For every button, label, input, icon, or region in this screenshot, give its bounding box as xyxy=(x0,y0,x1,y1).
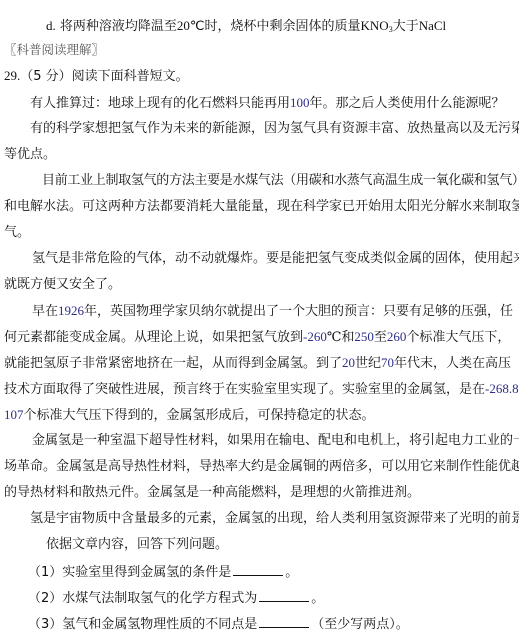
sub-question-text: 实验室里得到金属氢的条件是 xyxy=(62,565,231,580)
sub-question-number: （3） xyxy=(28,617,62,632)
article-p2-line2: 等优点。 xyxy=(4,147,56,163)
article-p6-line1: 金属氢是一种室温下超导性材料，如果用在输电、配电和电机上，将引起电力工业的一 xyxy=(32,433,519,449)
article-p5-line2: 何元素都能变成金属。从理论上说，如果把氢气放到-260℃和250至260个标准大… xyxy=(4,329,510,346)
text: 个标准大气压下， xyxy=(406,330,510,345)
article-p3-line3: 气。 xyxy=(4,225,30,241)
sub-question-text: 水煤气法制取氢气的化学方程式为 xyxy=(62,591,257,606)
article-p5-line4: 技术方面取得了突破性进展，预言终于在实验室里实现了。实验室里的金属氢，是在-26… xyxy=(4,381,519,398)
formula-nacl: NaCl xyxy=(419,18,446,33)
question-header: 29.（5 分）阅读下面科普短文。 xyxy=(4,68,189,85)
number: 260 xyxy=(387,329,407,344)
option-text: 大于 xyxy=(393,19,419,34)
text: 技术方面取得了突破性进展，预言终于在实验室里实现了。实验室里的金属氢，是在 xyxy=(4,382,485,397)
answer-blank[interactable] xyxy=(233,563,283,576)
article-p5-line5: 107个标准大气压下得到的，金属氢形成后，可保持稳定的状态。 xyxy=(4,407,375,424)
article-p4-line2: 就既方便又安全了。 xyxy=(4,277,121,293)
sub-question-end: 。 xyxy=(285,565,298,580)
text: 就能把氢原子非常紧密地挤在一起，从而得到金属氢。到了 xyxy=(4,356,342,371)
question-points: （5 分） xyxy=(20,69,71,84)
article-p1: 有人推算过：地球上现有的化石燃料只能再用100年。那之后人类使用什么能源呢？ xyxy=(30,95,505,112)
text: 世纪 xyxy=(355,356,381,371)
article-p5-line1: 早在1926年，英国物理学家贝纳尔就提出了一个大胆的预言：只要有足够的压强，任 xyxy=(32,303,513,320)
article-p4-line1: 氢气是非常危险的气体，动不动就爆炸。要是能把氢气变成类似金属的固体，使用起来 xyxy=(32,251,519,267)
text: 个标准大气压下得到的，金属氢形成后，可保持稳定的状态。 xyxy=(24,408,375,423)
sub-question-3: （3）氢气和金属氢物理性质的不同点是（至少写两点）。 xyxy=(28,615,409,633)
text: 年代末，人类在高压 xyxy=(394,356,511,371)
number: -268.8 xyxy=(485,381,519,396)
answer-prompt: 依据文章内容，回答下列问题。 xyxy=(46,537,228,553)
answer-blank[interactable] xyxy=(259,589,309,602)
article-p6-line3: 的导热材料和散热元件。金属氢是一种高能燃料，是理想的火箭推进剂。 xyxy=(4,485,420,501)
option-label: d. xyxy=(46,18,56,33)
sub-question-number: （2） xyxy=(28,591,62,606)
article-p3-line1: 目前工业上制取氢气的方法主要是水煤气法（用碳和水蒸气高温生成一氧化碳和氢气） xyxy=(42,173,519,189)
section-tag: 〖科普阅读理解〗 xyxy=(4,42,104,58)
text: 至 xyxy=(374,330,387,345)
article-p6-line2: 场革命。金属氢是高导热性材料，导热率大约是金属铜的两倍多，可以用它来制作性能优越 xyxy=(4,459,519,475)
number: 20 xyxy=(342,355,355,370)
question-number: 29. xyxy=(4,68,20,83)
temperature: 20℃ xyxy=(177,18,205,33)
formula-kno3: KNO3 xyxy=(361,18,393,33)
sub-question-1: （1）实验室里得到金属氢的条件是。 xyxy=(28,563,298,581)
article-p2-line1: 有的科学家想把氢气作为未来的新能源，因为氢气具有资源丰富、放热量高以及无污染 xyxy=(30,121,519,137)
sub-question-end: 。 xyxy=(311,591,324,606)
text: 有人推算过：地球上现有的化石燃料只能再用 xyxy=(30,96,290,111)
formula-text: KNO xyxy=(361,18,389,33)
text: 何元素都能变成金属。从理论上说，如果把氢气放到 xyxy=(4,330,303,345)
option-d: d. 将两种溶液均降温至20℃时，烧杯中剩余固体的质量KNO3大于NaCl xyxy=(46,18,446,38)
number: 100 xyxy=(290,95,310,110)
article-p7-line1: 氢是宇宙物质中含量最多的元素，金属氢的出现，给人类利用氢资源带来了光明的前景！ xyxy=(30,511,519,527)
answer-blank[interactable] xyxy=(259,615,309,628)
sub-question-end: （至少写两点）。 xyxy=(311,617,409,632)
option-text: 将两种溶液均降温至 xyxy=(60,19,177,34)
text: 早在 xyxy=(32,304,58,319)
number: 107 xyxy=(4,407,24,422)
text: ℃和 xyxy=(327,330,355,345)
number: 70 xyxy=(381,355,394,370)
text: 年。那之后人类使用什么能源呢？ xyxy=(310,96,505,111)
option-text: 时，烧杯中剩余固体的质量 xyxy=(205,19,361,34)
article-p3-line2: 和电解水法。可这两种方法都要消耗大量能量，现在科学家已开始用太阳光分解水来制取氢 xyxy=(4,199,519,215)
text: 年，英国物理学家贝纳尔就提出了一个大胆的预言：只要有足够的压强，任 xyxy=(84,304,513,319)
sub-question-2: （2）水煤气法制取氢气的化学方程式为。 xyxy=(28,589,324,607)
question-instruction: 阅读下面科普短文。 xyxy=(72,69,189,84)
number: 250 xyxy=(354,329,374,344)
number: -260 xyxy=(303,329,327,344)
number: 1926 xyxy=(58,303,84,318)
sub-question-text: 氢气和金属氢物理性质的不同点是 xyxy=(62,617,257,632)
article-p5-line3: 就能把氢原子非常紧密地挤在一起，从而得到金属氢。到了20世纪70年代末，人类在高… xyxy=(4,355,511,372)
sub-question-number: （1） xyxy=(28,565,62,580)
